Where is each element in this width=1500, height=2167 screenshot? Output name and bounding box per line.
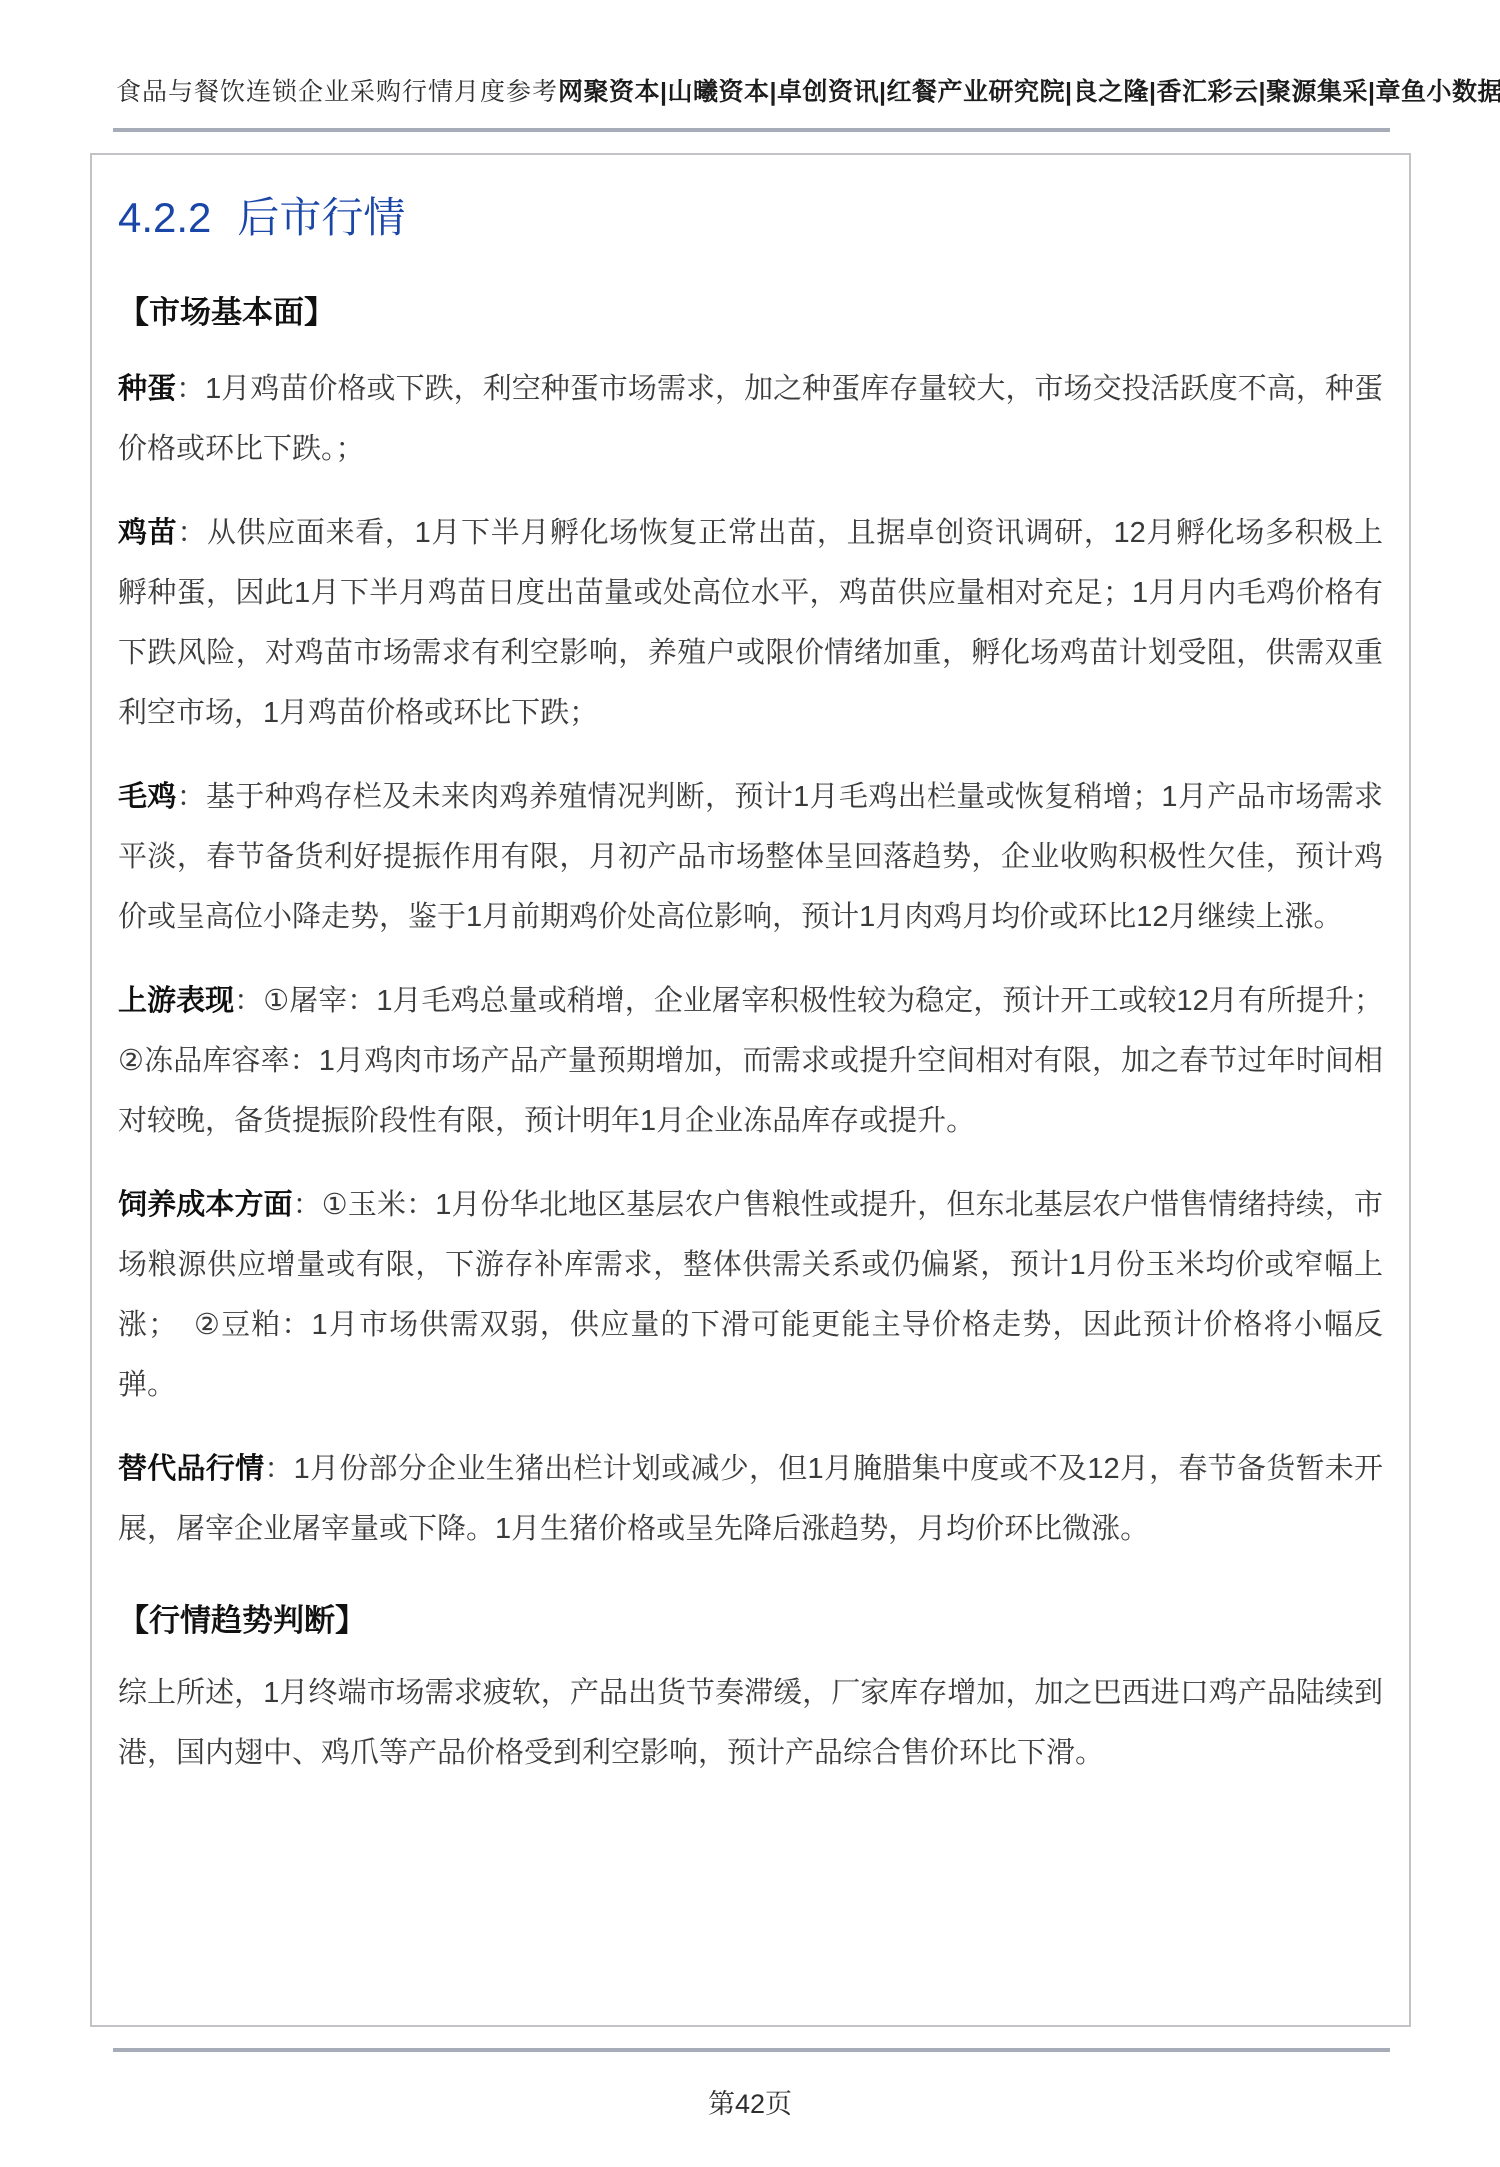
paragraph-breeding-eggs: 种蛋：1月鸡苗价格或下跌，利空种蛋市场需求，加之种蛋库存量较大，市场交投活跃度不… bbox=[118, 359, 1383, 479]
section-name: 后市行情 bbox=[237, 194, 405, 241]
section-number: 4.2.2 bbox=[118, 194, 211, 241]
content-box: 4.2.2后市行情 【市场基本面】 种蛋：1月鸡苗价格或下跌，利空种蛋市场需求，… bbox=[90, 153, 1411, 2027]
page-footer: 第42页 bbox=[0, 2082, 1500, 2121]
paragraph-lead: 种蛋 bbox=[118, 373, 176, 405]
paragraph-text: ：从供应面来看，1月下半月孵化场恢复正常出苗，且据卓创资讯调研，12月孵化场多积… bbox=[118, 517, 1383, 729]
document-page: 食品与餐饮连锁企业采购行情月度参考 网聚资本|山曦资本|卓创资讯|红餐产业研究院… bbox=[0, 0, 1500, 2167]
footer-rule bbox=[113, 2048, 1390, 2052]
paragraph-text: ：基于种鸡存栏及未来肉鸡养殖情况判断，预计1月毛鸡出栏量或恢复稍增；1月产品市场… bbox=[118, 781, 1383, 933]
section-title: 4.2.2后市行情 bbox=[118, 189, 1383, 247]
paragraph-conclusion: 综上所述，1月终端市场需求疲软，产品出货节奏滞缓，厂家库存增加，加之巴西进口鸡产… bbox=[118, 1663, 1383, 1783]
header-left-title: 食品与餐饮连锁企业采购行情月度参考 bbox=[116, 72, 558, 108]
paragraph-upstream: 上游表现：①屠宰：1月毛鸡总量或稍增，企业屠宰积极性较为稳定，预计开工或较12月… bbox=[118, 971, 1383, 1151]
paragraph-lead: 替代品行情 bbox=[118, 1453, 264, 1485]
paragraph-text: ：①玉米：1月份华北地区基层农户售粮性或提升，但东北基层农户惜售情绪持续，市场粮… bbox=[118, 1189, 1383, 1401]
page-number: 第42页 bbox=[708, 2089, 792, 2119]
header-right-brands: 网聚资本|山曦资本|卓创资讯|红餐产业研究院|良之隆|香汇彩云|聚源集采|章鱼小… bbox=[558, 72, 1500, 108]
page-header: 食品与餐饮连锁企业采购行情月度参考 网聚资本|山曦资本|卓创资讯|红餐产业研究院… bbox=[116, 72, 1393, 108]
paragraph-text: ：1月份部分企业生猪出栏计划或减少，但1月腌腊集中度或不及12月，春节备货暂未开… bbox=[118, 1453, 1383, 1545]
paragraph-substitutes: 替代品行情：1月份部分企业生猪出栏计划或减少，但1月腌腊集中度或不及12月，春节… bbox=[118, 1439, 1383, 1559]
subsection-head-trend-judgment: 【行情趋势判断】 bbox=[118, 1599, 1383, 1643]
paragraph-lead: 鸡苗 bbox=[118, 517, 177, 549]
subsection-head-market-fundamentals: 【市场基本面】 bbox=[118, 291, 1383, 335]
header-rule bbox=[113, 128, 1390, 132]
paragraph-live-chicken: 毛鸡：基于种鸡存栏及未来肉鸡养殖情况判断，预计1月毛鸡出栏量或恢复稍增；1月产品… bbox=[118, 767, 1383, 947]
paragraph-lead: 上游表现 bbox=[118, 985, 234, 1017]
paragraph-text: ：①屠宰：1月毛鸡总量或稍增，企业屠宰积极性较为稳定，预计开工或较12月有所提升… bbox=[118, 985, 1383, 1137]
paragraph-text: ：1月鸡苗价格或下跌，利空种蛋市场需求，加之种蛋库存量较大，市场交投活跃度不高，… bbox=[118, 373, 1383, 465]
paragraph-chicks: 鸡苗：从供应面来看，1月下半月孵化场恢复正常出苗，且据卓创资讯调研，12月孵化场… bbox=[118, 503, 1383, 743]
paragraph-lead: 毛鸡 bbox=[118, 781, 177, 813]
paragraph-feed-cost: 饲养成本方面：①玉米：1月份华北地区基层农户售粮性或提升，但东北基层农户惜售情绪… bbox=[118, 1175, 1383, 1415]
paragraph-lead: 饲养成本方面 bbox=[118, 1189, 293, 1221]
